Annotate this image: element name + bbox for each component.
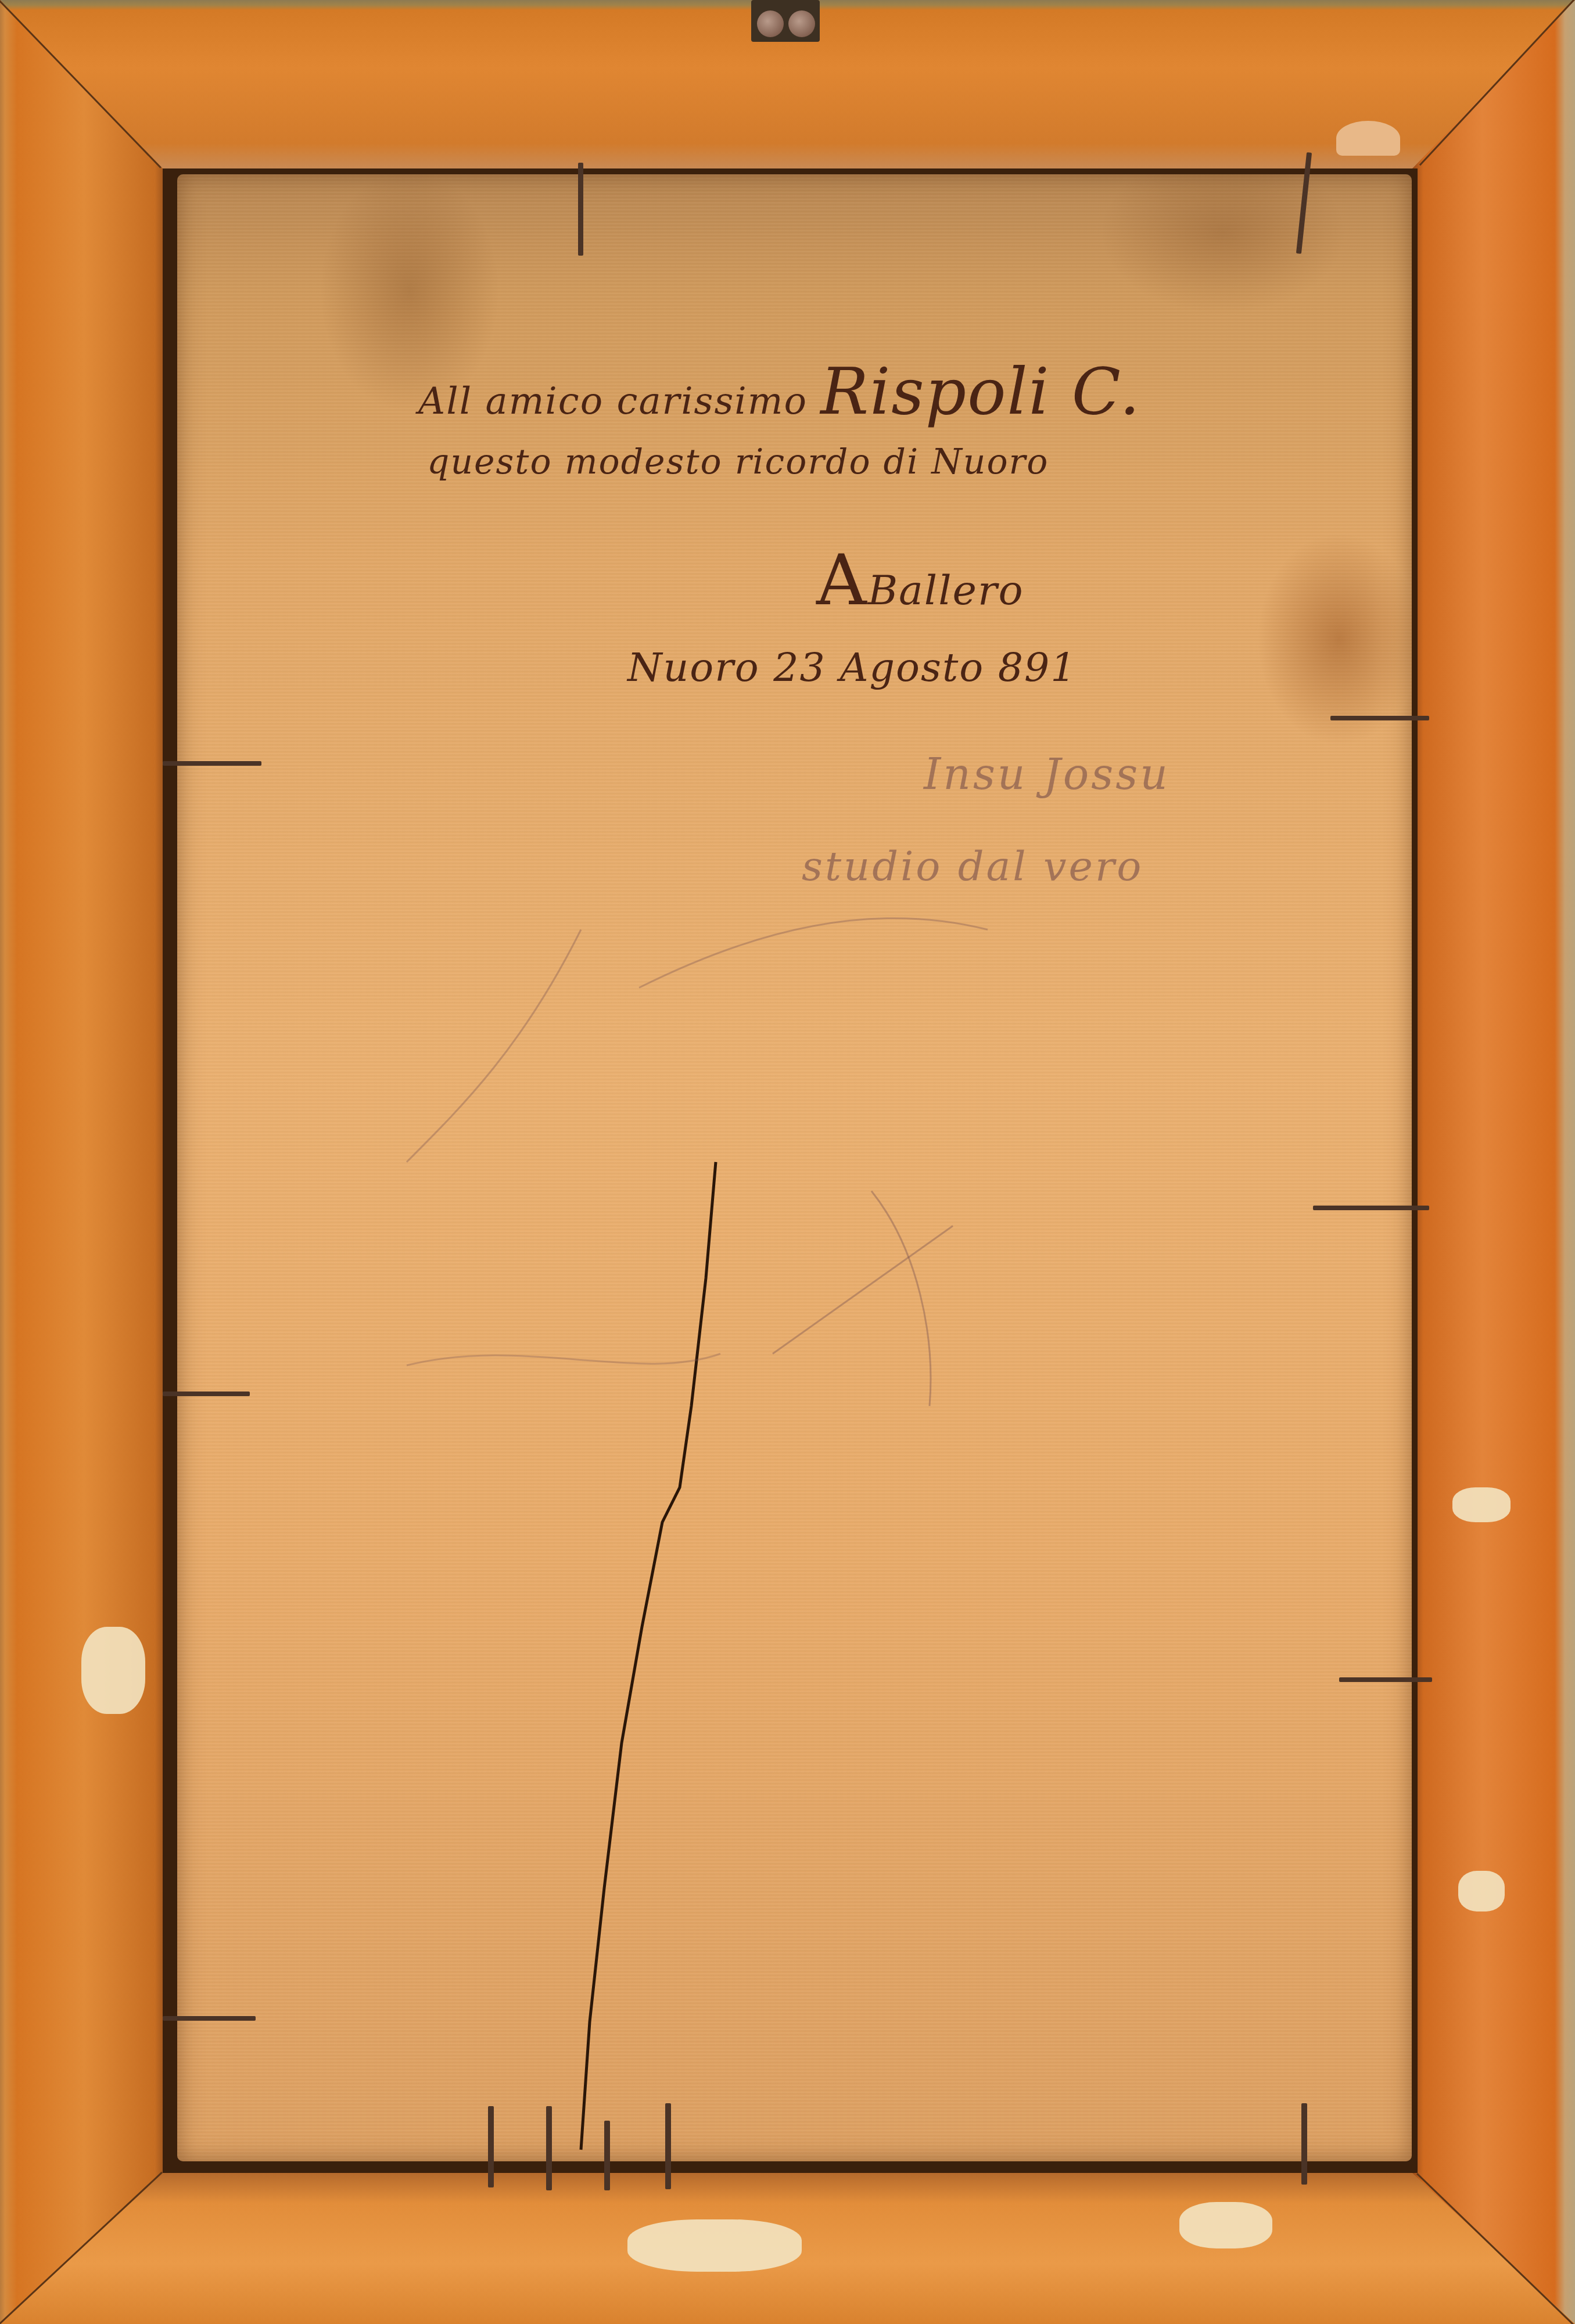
nail	[604, 2121, 610, 2190]
signature-monogram: A	[816, 540, 868, 621]
nail	[1313, 1206, 1429, 1210]
paint-chip	[1458, 1871, 1505, 1911]
nail	[546, 2106, 552, 2190]
wood-plug	[1336, 121, 1400, 156]
signature-name: Ballero	[868, 566, 1024, 614]
nail	[163, 2016, 256, 2021]
nail	[1339, 1677, 1432, 1682]
screw-icon	[757, 10, 784, 37]
inscription-line-dedication: All amico carissimo Rispoli C.	[418, 354, 1141, 429]
nail	[1330, 716, 1429, 720]
pencil-note-subtitle: studio dal vero	[802, 842, 1144, 890]
hanger-bracket	[751, 0, 820, 42]
inscription-recipient-name: Rispoli C.	[820, 354, 1141, 429]
paint-chip	[627, 2219, 802, 2272]
inscription-dedication-text: All amico carissimo	[418, 380, 808, 423]
paint-chip	[1179, 2202, 1272, 2248]
pencil-note-title: Insu Jossu	[924, 749, 1170, 799]
nail	[163, 1391, 250, 1396]
nail	[488, 2106, 494, 2187]
nail	[163, 761, 261, 766]
inscription-date: Nuoro 23 Agosto 891	[627, 645, 1077, 691]
nail	[665, 2103, 671, 2189]
nail	[1301, 2103, 1307, 2185]
nail	[578, 163, 583, 256]
paint-chip	[81, 1627, 145, 1714]
paint-chip	[1452, 1487, 1511, 1522]
inscription-line-memento: questo modesto ricordo di Nuoro	[427, 442, 1049, 482]
frame-left-rail	[0, 0, 168, 2324]
artist-signature: ABallero	[816, 540, 1024, 621]
screw-icon	[788, 10, 815, 37]
frame-right-rail	[1407, 0, 1575, 2324]
